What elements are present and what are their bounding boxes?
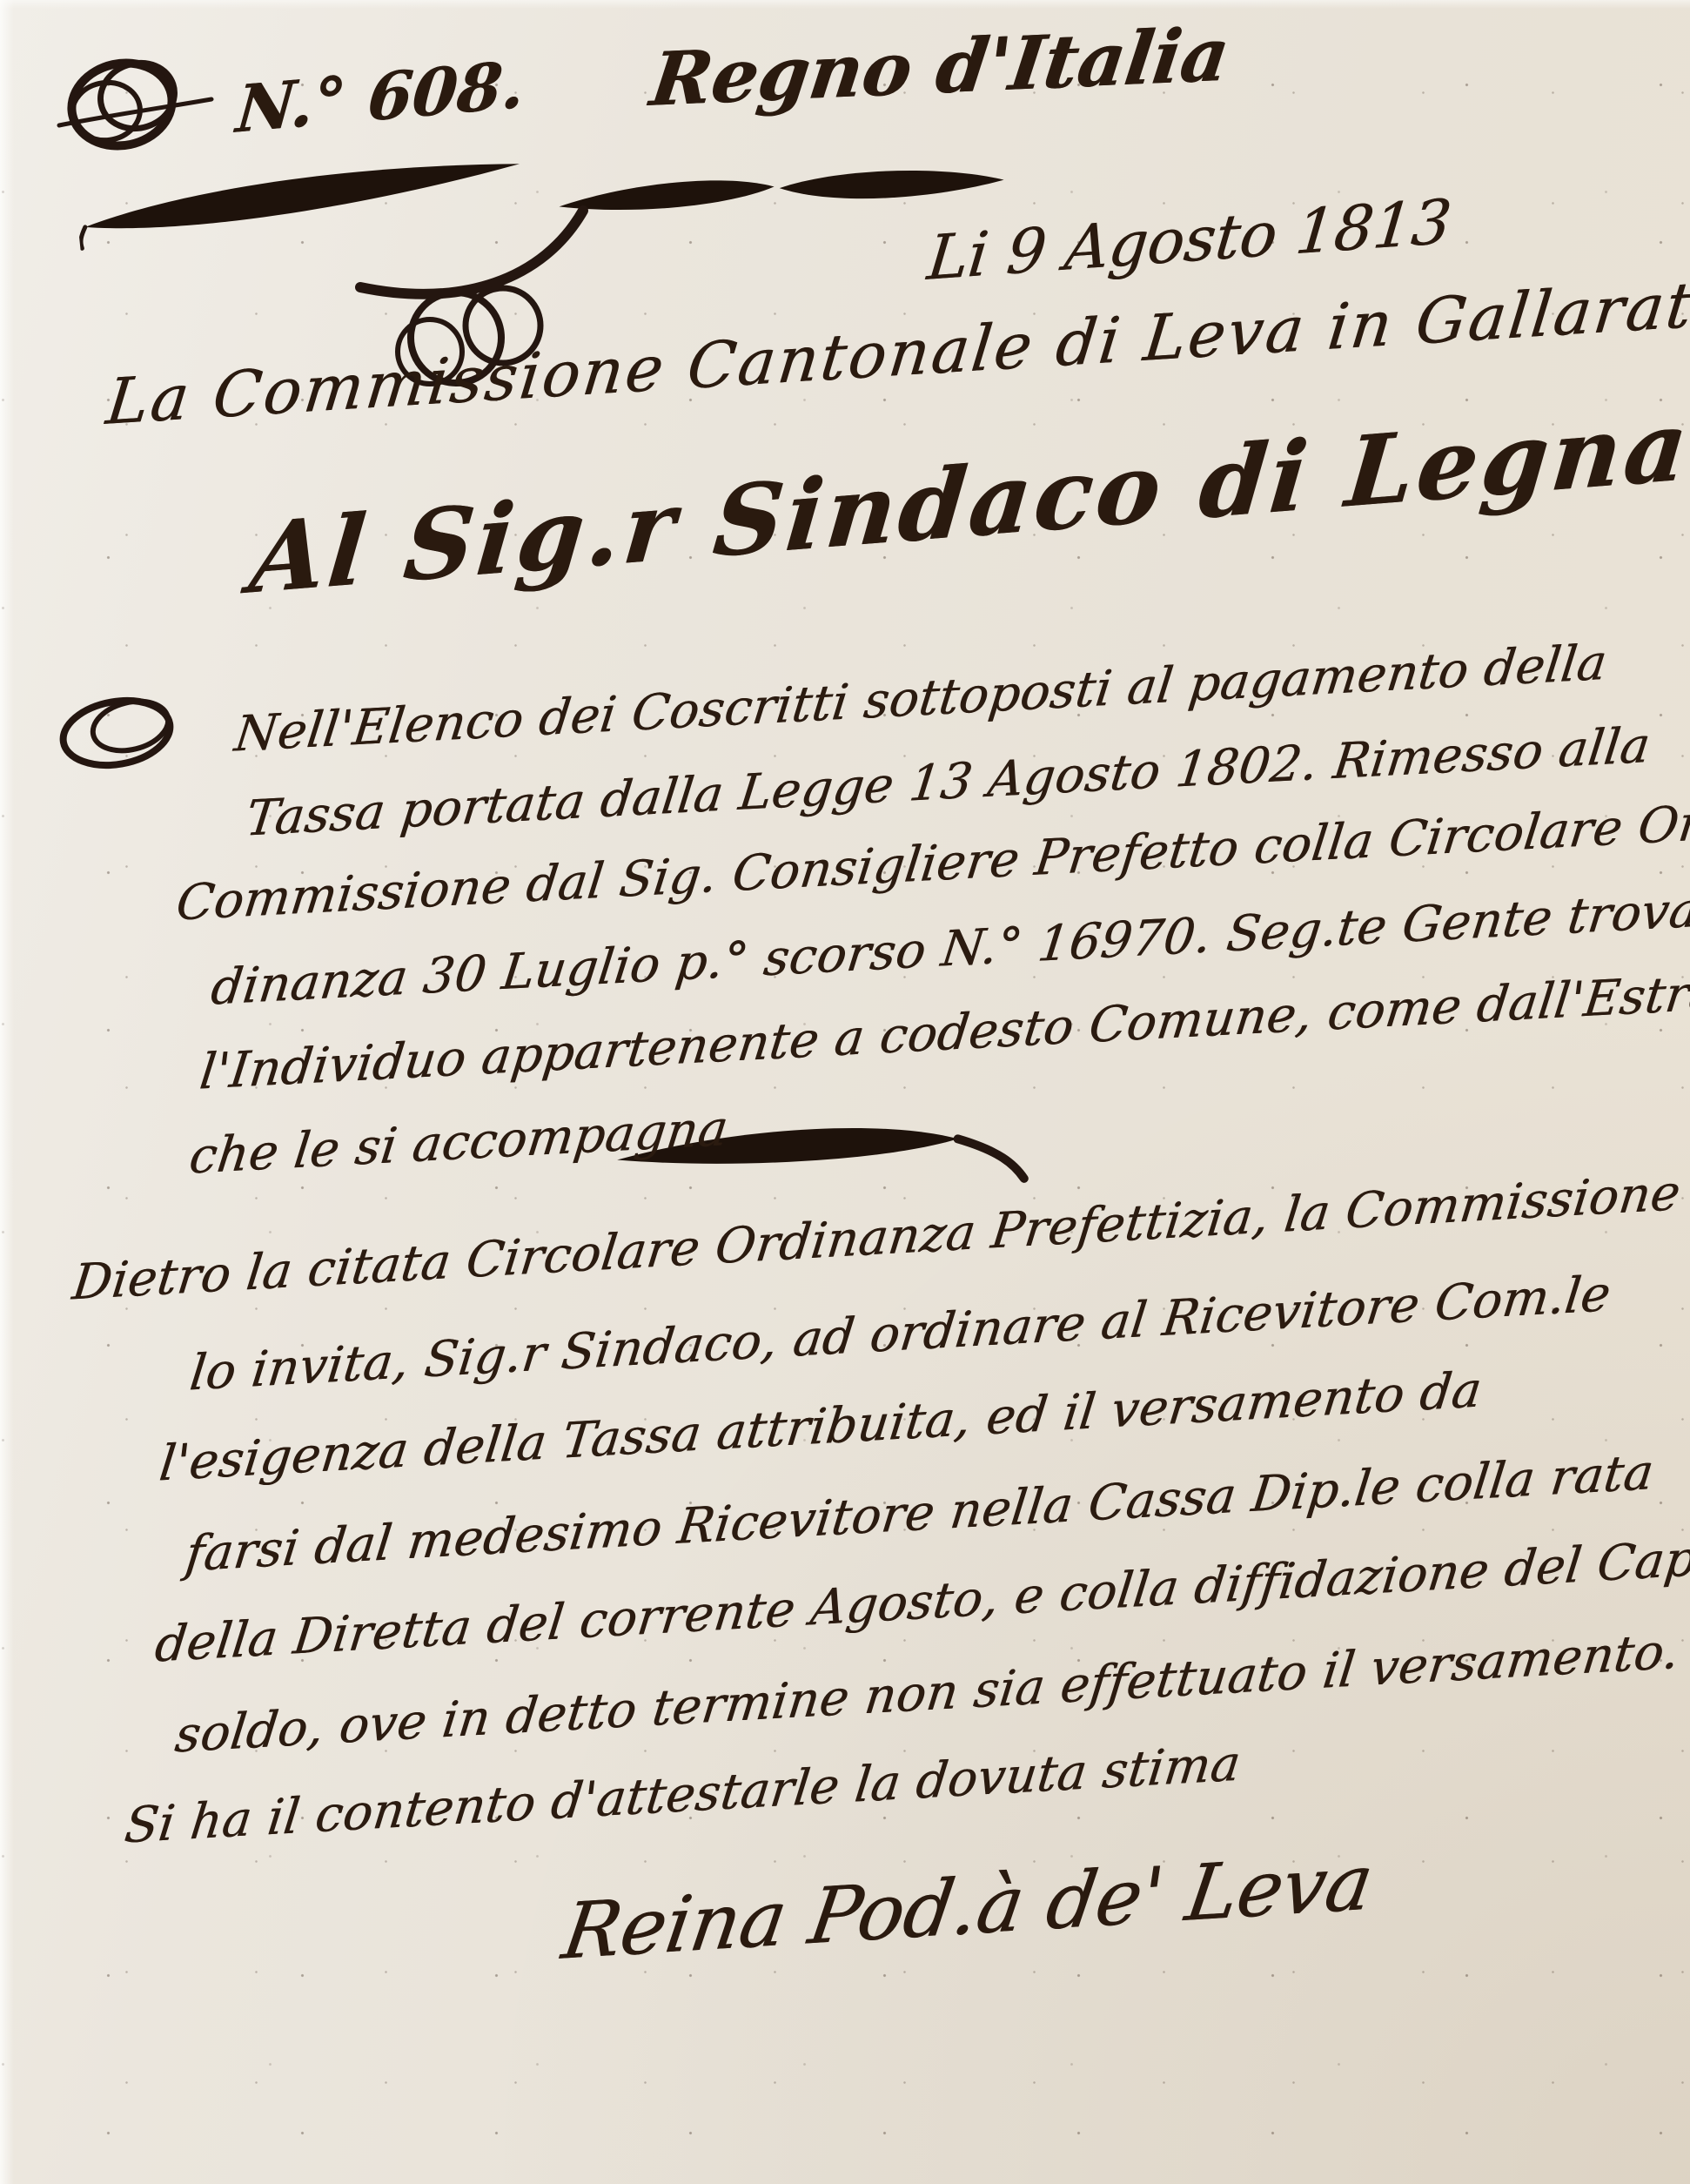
kingdom-title: Regno d'Italia [646, 10, 1234, 123]
flourish-coil-top-left [33, 42, 216, 168]
document-page: N.° 608. Regno d'Italia Li 9 Agosto 1813… [0, 0, 1690, 2184]
paragraph-2: Dietro la citata Circolare Ordinanza Pre… [65, 1255, 1690, 1889]
paragraph-1: Nell'Elenco dei Coscritti sottoposti al … [131, 707, 1690, 1213]
document-number: N.° 608. [233, 47, 527, 148]
